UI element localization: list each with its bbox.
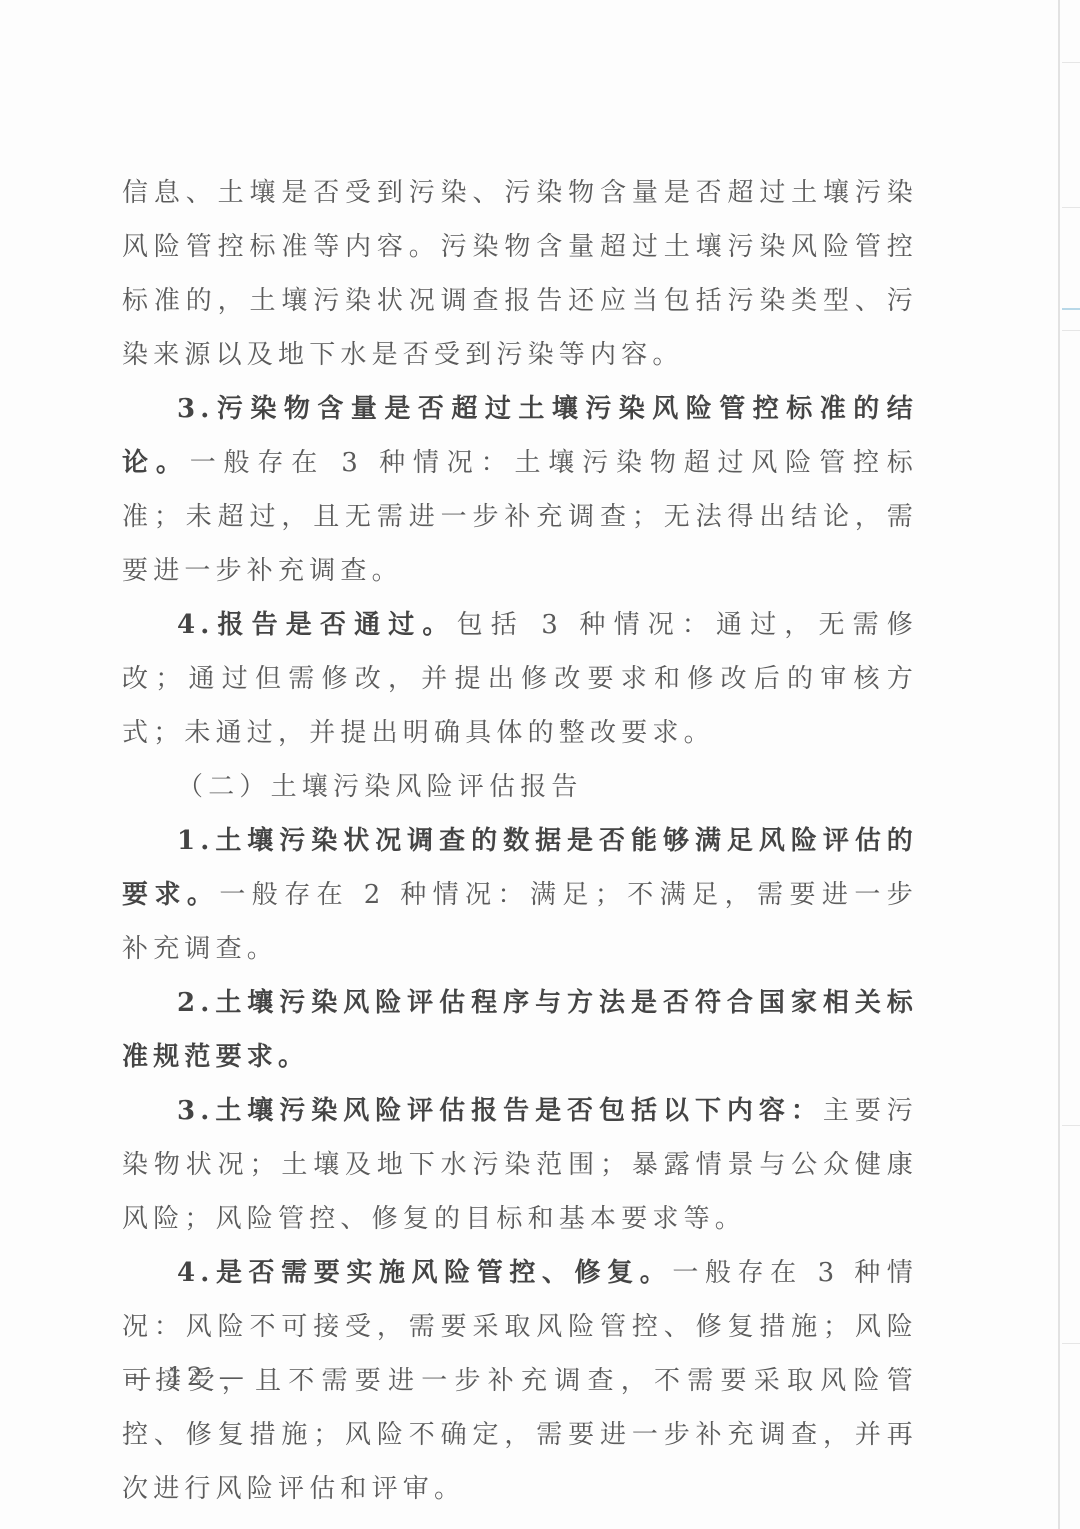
section-heading-risk-assessment: （二）土壤污染风险评估报告 [122,760,918,814]
paragraph-item-2-procedure: 2.土壤污染风险评估程序与方法是否符合国家相关标准规范要求。 [122,976,918,1084]
paragraph-item-1-data: 1.土壤污染状况调查的数据是否能够满足风险评估的要求。一般存在 2 种情况：满足… [122,814,918,976]
edge-mark [1062,1343,1080,1344]
paragraph-heading: 4.是否需要实施风险管控、修复。 [177,1258,672,1288]
edge-mark [1062,207,1080,208]
edge-mark [1062,330,1080,331]
edge-mark [1062,1125,1080,1126]
paragraph-heading: 4.报告是否通过。 [177,610,457,640]
edge-mark [1062,62,1080,63]
section-title: （二）土壤污染风险评估报告 [177,772,583,802]
paragraph-text: 一般存在 3 种情况：土壤污染物超过风险管控标准；未超过，且无需进一步补充调查；… [122,448,918,586]
page-number: — 12 — [126,1362,248,1391]
document-body: 信息、土壤是否受到污染、污染物含量是否超过土壤污染风险管控标准等内容。污染物含量… [122,166,918,1516]
paragraph-heading: 3.土壤污染风险评估报告是否包括以下内容： [177,1096,823,1126]
paragraph-item-3-contents: 3.土壤污染风险评估报告是否包括以下内容：主要污染物状况；土壤及地下水污染范围；… [122,1084,918,1246]
paragraph-item-4-approval: 4.报告是否通过。包括 3 种情况：通过，无需修改；通过但需修改，并提出修改要求… [122,598,918,760]
paragraph-continuation: 信息、土壤是否受到污染、污染物含量是否超过土壤污染风险管控标准等内容。污染物含量… [122,166,918,382]
paragraph-text: 一般存在 2 种情况：满足；不满足，需要进一步补充调查。 [122,880,918,964]
paragraph-item-3-conclusion: 3.污染物含量是否超过土壤污染风险管控标准的结论。一般存在 3 种情况：土壤污染… [122,382,918,598]
paragraph-heading: 2.土壤污染风险评估程序与方法是否符合国家相关标准规范要求。 [122,988,918,1072]
scanned-page-edge [1058,0,1060,1529]
paragraph-text: 信息、土壤是否受到污染、污染物含量是否超过土壤污染风险管控标准等内容。污染物含量… [122,178,918,370]
edge-mark [1062,308,1080,310]
